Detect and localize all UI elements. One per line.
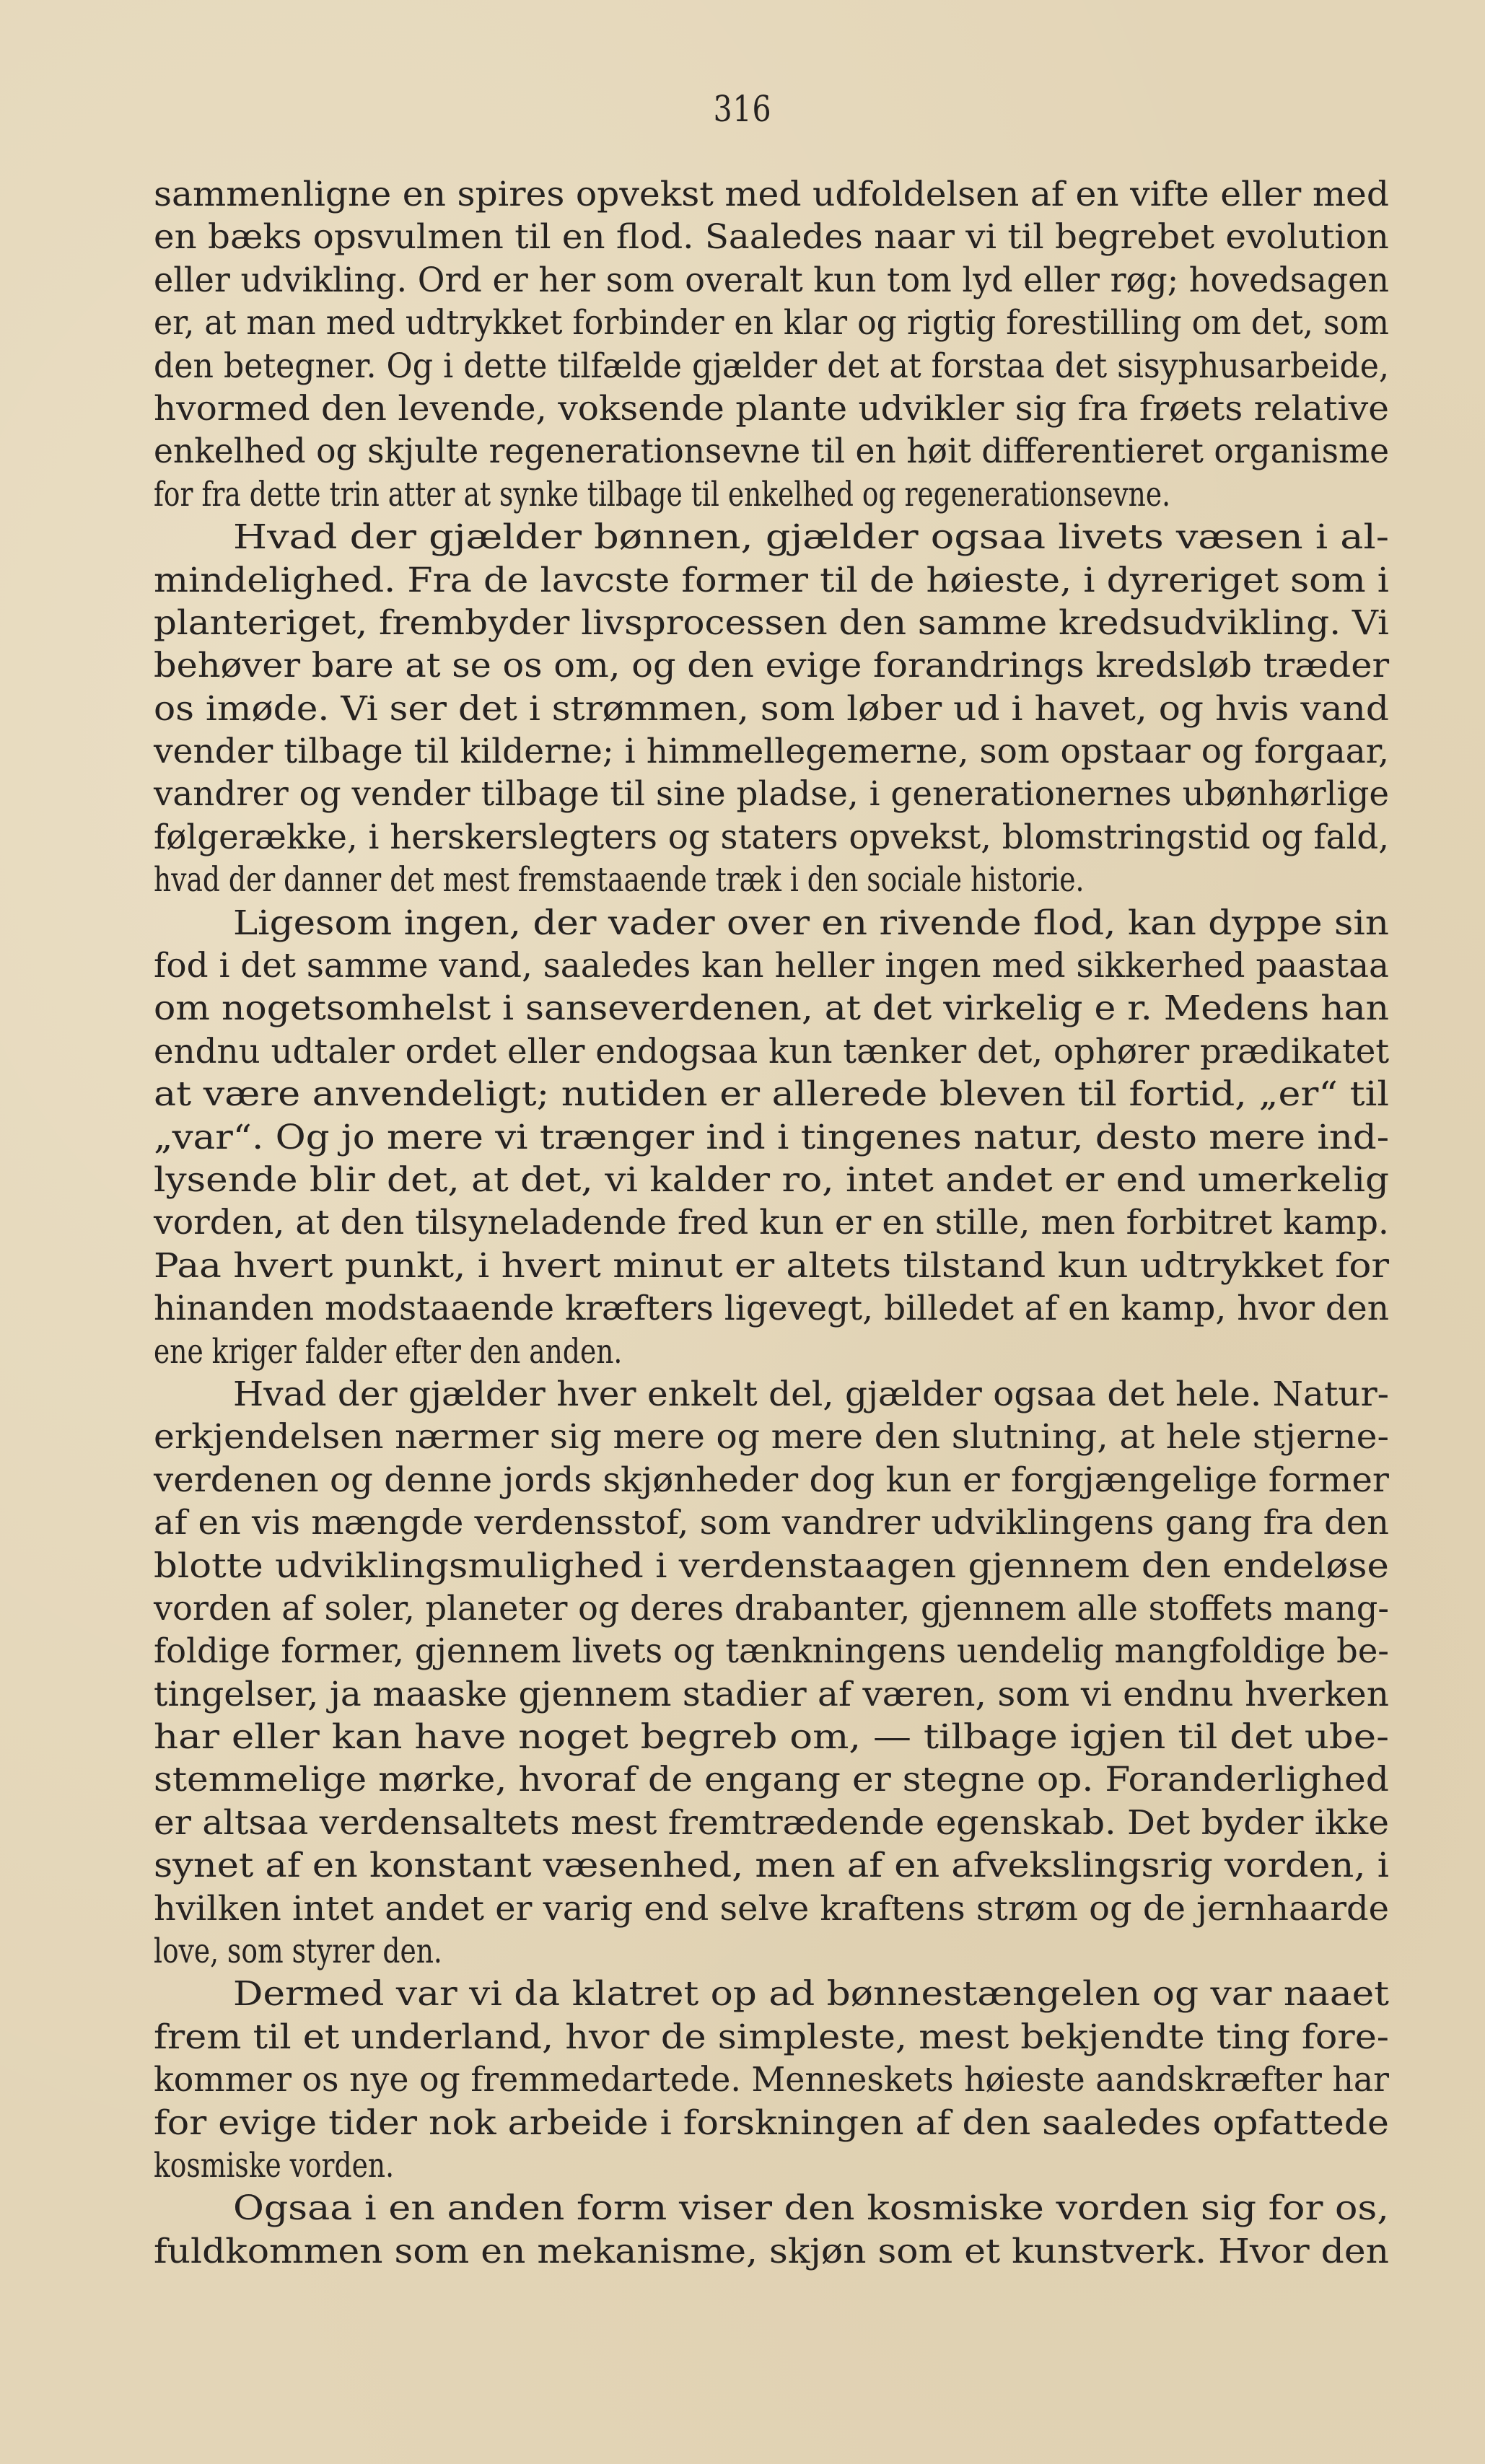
text-line: planteriget, frembyder livsprocessen den… bbox=[154, 602, 1389, 644]
text-line: mindelighed. Fra de lavcste former til d… bbox=[154, 559, 1389, 602]
text-line: ene kriger falder efter den anden. bbox=[154, 1330, 1389, 1373]
text-line: stemmelige mørke, hvoraf de engang er st… bbox=[154, 1758, 1389, 1801]
text-line: sammenligne en spires opvekst med udfold… bbox=[154, 173, 1389, 216]
paragraph: Hvad der gjælder hver enkelt del, gjælde… bbox=[154, 1373, 1389, 1973]
text-line: den betegner. Og i dette tilfælde gjælde… bbox=[154, 345, 1389, 387]
text-line: for fra dette trin atter at synke tilbag… bbox=[154, 473, 1389, 516]
text-line: os imøde. Vi ser det i strømmen, som løb… bbox=[154, 688, 1389, 730]
text-line: Dermed var vi da klatret op ad bønnestæn… bbox=[154, 1973, 1389, 2015]
text-line: kosmiske vorden. bbox=[154, 2144, 1389, 2187]
text-line: blotte udviklingsmulighed i verdenstaage… bbox=[154, 1545, 1389, 1587]
text-line: eller udvikling. Ord er her som overalt … bbox=[154, 259, 1389, 302]
text-line: om nogetsomhelst i sanseverdenen, at det… bbox=[154, 987, 1389, 1030]
text-line: er altsaa verdensaltets mest fremtrædend… bbox=[154, 1802, 1389, 1844]
text-line: for evige tider nok arbeide i forskninge… bbox=[154, 2102, 1389, 2144]
text-line: vandrer og vender tilbage til sine plads… bbox=[154, 773, 1389, 815]
text-line: Hvad der gjælder hver enkelt del, gjælde… bbox=[154, 1373, 1389, 1416]
text-line: Hvad der gjælder bønnen, gjælder ogsaa l… bbox=[154, 516, 1389, 558]
text-line: vorden af soler, planeter og deres draba… bbox=[154, 1587, 1389, 1630]
text-line: en bæks opsvulmen til en flod. Saaledes … bbox=[154, 216, 1389, 258]
text-line: har eller kan have noget begreb om, — ti… bbox=[154, 1716, 1389, 1758]
text-line: hinanden modstaaende kræfters ligevegt, … bbox=[154, 1287, 1389, 1330]
text-line: frem til et underland, hvor de simpleste… bbox=[154, 2016, 1389, 2059]
paragraph: Dermed var vi da klatret op ad bønnestæn… bbox=[154, 1973, 1389, 2187]
text-line: fod i det samme vand, saaledes kan helle… bbox=[154, 944, 1389, 987]
paragraph: Ligesom ingen, der vader over en rivende… bbox=[154, 902, 1389, 1373]
text-line: er, at man med udtrykket forbinder en kl… bbox=[154, 302, 1389, 344]
text-line: foldige former, gjennem livets og tænkni… bbox=[154, 1630, 1389, 1672]
text-line: vorden, at den tilsyneladende fred kun e… bbox=[154, 1201, 1389, 1244]
text-line: Ligesom ingen, der vader over en rivende… bbox=[154, 902, 1389, 944]
paragraph: sammenligne en spires opvekst med udfold… bbox=[154, 173, 1389, 516]
text-line: Paa hvert punkt, i hvert minut er altets… bbox=[154, 1245, 1389, 1287]
text-line: tingelser, ja maaske gjennem stadier af … bbox=[154, 1673, 1389, 1716]
paragraph: Ogsaa i en anden form viser den kosmiske… bbox=[154, 2187, 1389, 2273]
text-line: erkjendelsen nærmer sig mere og mere den… bbox=[154, 1416, 1389, 1458]
text-line: enkelhed og skjulte regenerationsevne ti… bbox=[154, 430, 1389, 473]
text-line: hvormed den levende, voksende plante udv… bbox=[154, 387, 1389, 430]
text-line: Ogsaa i en anden form viser den kosmiske… bbox=[154, 2187, 1389, 2230]
paragraph: Hvad der gjælder bønnen, gjælder ogsaa l… bbox=[154, 516, 1389, 902]
text-line: hvad der danner det mest fremstaaende tr… bbox=[154, 859, 1389, 901]
text-line: endnu udtaler ordet eller endogsaa kun t… bbox=[154, 1030, 1389, 1073]
text-line: hvilken intet andet er varig end selve k… bbox=[154, 1888, 1389, 1930]
text-line: lysende blir det, at det, vi kalder ro, … bbox=[154, 1159, 1389, 1201]
text-line: behøver bare at se os om, og den evige f… bbox=[154, 644, 1389, 687]
text-line: synet af en konstant væsenhed, men af en… bbox=[154, 1844, 1389, 1887]
page-number: 316 bbox=[133, 88, 1352, 130]
text-line: følgerække, i herskerslegters og staters… bbox=[154, 816, 1389, 859]
text-line: fuldkommen som en mekanisme, skjøn som e… bbox=[154, 2230, 1389, 2273]
text-line: vender tilbage til kilderne; i himmelleg… bbox=[154, 730, 1389, 773]
text-line: „var“. Og jo mere vi trænger ind i tinge… bbox=[154, 1116, 1389, 1159]
text-line: verdenen og denne jords skjønheder dog k… bbox=[154, 1459, 1389, 1501]
text-line: love, som styrer den. bbox=[154, 1930, 1389, 1973]
body-text: sammenligne en spires opvekst med udfold… bbox=[154, 173, 1389, 2273]
text-line: at være anvendeligt; nutiden er allerede… bbox=[154, 1073, 1389, 1115]
text-line: kommer os nye og fremmedartede. Menneske… bbox=[154, 2059, 1389, 2101]
text-line: af en vis mængde verdensstof, som vandre… bbox=[154, 1501, 1389, 1544]
